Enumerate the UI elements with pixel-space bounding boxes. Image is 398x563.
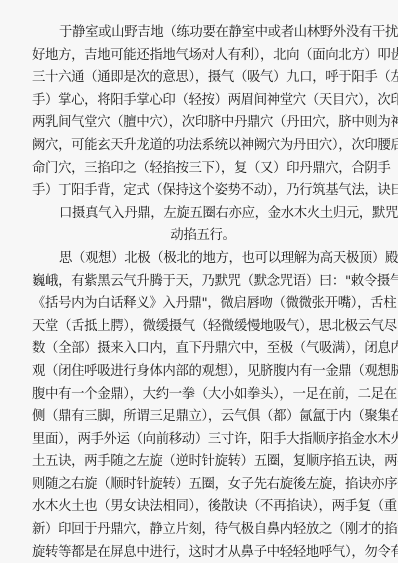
text-line: 则随之右旋（顺时针旋转）五圈，女子先右旋後左旋，掐诀亦序金: [32, 474, 374, 497]
text-line: 三十六通（通即是次的意思），摄气（吸气）九口，呼于阳手（左: [32, 67, 374, 90]
text-line: 土五诀，两手随之左旋（逆时针旋转）五圈，复顺序掐五诀，两手: [32, 451, 374, 474]
text-line: 巍峨，有紫黑云气升腾于天，乃默咒（默念咒语）曰："敕令摄气: [32, 271, 374, 294]
text-line: 好地方，吉地可能还指地气场对人有利），北向（面向北方）叩齿: [32, 45, 374, 68]
text-line: 观（闭住呼吸进行身体内部的观想），见脐腹内有一金鼎（观想脐: [32, 361, 374, 384]
text-line: 命门穴，三掐印之（轻掐按三下），复（又）印丹鼎穴，合阴手（右: [32, 158, 374, 181]
text-line: 手）丁阳手背，定式（保持这个姿势不动），乃行筑基气法，诀曰：: [32, 180, 374, 203]
document-page: 于静室或山野吉地（练功要在静室中或者山林野外没有干扰的 好地方，吉地可能还指地气…: [32, 22, 374, 563]
text-line: 手）掌心，将阳手掌心印（轻按）两眉间神堂穴（天目穴），次印: [32, 90, 374, 113]
verse-line: 动掐五行。: [32, 225, 374, 248]
text-line: 阙穴，可能玄天升龙道的功法系统以神阙穴为丹田穴），次印腰后: [32, 135, 374, 158]
text-line: 腹中有一个金鼎），大约一拳（大小如拳头），一足在前，二足在: [32, 384, 374, 407]
verse-block: 口摄真气入丹鼎，左旋五圈右亦应，金水木火土归元，默咒催 动掐五行。: [32, 203, 374, 248]
text-line: 侧（鼎有三脚，所谓三足鼎立），云气俱（都）氤氲于内（聚集在: [32, 406, 374, 429]
text-line: 里面），两手外运（向前移动）三寸许，阳手大指顺序掐金水木火: [32, 429, 374, 452]
text-line: 天堂（舌抵上腭），微缓摄气（轻微缓慢地吸气），思北极云气尽: [32, 316, 374, 339]
paragraph-2: 思（观想）北极（极北的地方，也可以理解为高天极顶）殿宇 巍峨，有紫黑云气升腾于天…: [32, 248, 374, 563]
text-line: 《括号内为白话释义》入丹鼎"，微启唇吻（微微张开嘴），舌柱: [32, 293, 374, 316]
text-line: 新）印回于丹鼎穴，静立片刻，待气极自鼻内轻放之（刚才的掐诀: [32, 519, 374, 542]
text-line: 水木火土也（男女诀法相同），後散诀（不再掐诀），两手复（重: [32, 496, 374, 519]
text-line: 旋转等都是在屏息中进行，这时才从鼻子中轻轻地呼气），勿令有: [32, 542, 374, 563]
text-line: 两乳间气堂穴（膻中穴），次印脐中丹鼎穴（丹田穴，脐中则为神: [32, 112, 374, 135]
text-line: 思（观想）北极（极北的地方，也可以理解为高天极顶）殿宇: [32, 248, 374, 271]
text-line: 于静室或山野吉地（练功要在静室中或者山林野外没有干扰的: [32, 22, 374, 45]
paragraph-1: 于静室或山野吉地（练功要在静室中或者山林野外没有干扰的 好地方，吉地可能还指地气…: [32, 22, 374, 203]
text-line: 数（全部）摄来入口内，直下丹鼎穴中，至极（气吸满），闭息内: [32, 338, 374, 361]
verse-line: 口摄真气入丹鼎，左旋五圈右亦应，金水木火土归元，默咒催: [32, 203, 374, 226]
